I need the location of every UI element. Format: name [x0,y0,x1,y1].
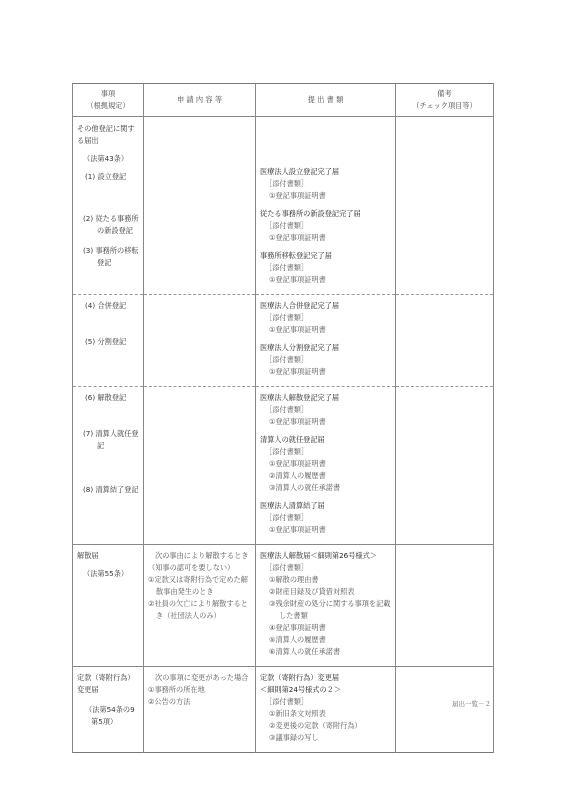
content-line: ②社員の欠亡により解散するとき（社団法人のみ） [148,598,251,622]
table-row: その他登記に関する届出 （法第43条） (1) 設立登記 (2) 従たる事務所の… [73,117,494,295]
section-title: 定款（寄附行為）変更届 [77,672,139,696]
attachment: ④登記事項証明書 [260,622,391,634]
content-line: ①事務所の所在地 [148,684,251,696]
attachment: ①登記事項証明書 [260,366,391,378]
doc-title: 従たる事務所の新設登記完了届 [260,208,391,220]
attachment: ①解散の理由書 [260,574,391,586]
content-cell [144,295,256,387]
attach-label: ［添付書類］ [260,262,391,274]
remarks-cell [396,545,494,667]
attach-label: ［添付書類］ [260,220,391,232]
attach-label: ［添付書類］ [260,512,391,524]
content-line: ①定款又は寄附行為で定めた解散事由発生のとき [148,574,251,598]
attachment: ②清算人の履歴書 [260,470,391,482]
doc-title: 定款（寄附行為）変更届 [260,672,391,684]
attachment: ⑥清算人の就任承諾書 [260,646,391,658]
doc-title: 事務所移転登記完了届 [260,250,391,262]
table-header-row: 事項 （根拠規定） 申 請 内 容 等 提 出 書 類 備考 （チェック項目等） [73,84,494,117]
item-cell: その他登記に関する届出 （法第43条） (1) 設立登記 (2) 従たる事務所の… [73,117,144,295]
attachment: ①登記事項証明書 [260,190,391,202]
item-cell: (4) 合併登記 (5) 分割登記 [73,295,144,387]
section-law: （法第54条の9第5項） [77,704,139,728]
doc-subtitle: ＜細則第24号様式の２＞ [260,684,391,696]
header-content: 申 請 内 容 等 [144,84,256,117]
attach-label: ［添付書類］ [260,446,391,458]
attach-label: ［添付書類］ [260,178,391,190]
doc-title: 医療法人清算結了届 [260,500,391,512]
table-row: 定款（寄附行為）変更届 （法第54条の9第5項） 次の事項に変更があった場合 ①… [73,667,494,753]
documents-cell: 医療法人合併登記完了届 ［添付書類］ ①登記事項証明書 医療法人分割登記完了届 … [256,295,396,387]
remarks-cell [396,295,494,387]
attachment: ③清算人の就任承諾書 [260,482,391,494]
document-page: 事項 （根拠規定） 申 請 内 容 等 提 出 書 類 備考 （チェック項目等）… [0,0,566,800]
section-law: （法第43条） [77,153,139,165]
item-label: (8) 清算結了登記 [77,484,139,496]
content-line: ②公告の方法 [148,696,251,708]
remarks-cell [396,387,494,545]
documents-cell: 定款（寄附行為）変更届 ＜細則第24号様式の２＞ ［添付書類］ ①新旧条文対照表… [256,667,396,753]
content-cell [144,387,256,545]
attachment: ⑤清算人の履歴書 [260,634,391,646]
doc-title: 医療法人設立登記完了届 [260,166,391,178]
attachment: ①登記事項証明書 [260,458,391,470]
header-documents-label: 提 出 書 類 [308,95,344,104]
item-label: (2) 従たる事務所の新設登記 [77,213,139,237]
item-label: (7) 清算人就任登記 [77,428,139,452]
header-remarks-char2: 考 [445,89,452,98]
attachment: ①登記事項証明書 [260,324,391,336]
attachment: ①登記事項証明書 [260,274,391,286]
attachment: ③議事録の写し [260,732,391,744]
doc-title: 医療法人合併登記完了届 [260,300,391,312]
item-cell: (6) 解散登記 (7) 清算人就任登記 (8) 清算結了登記 [73,387,144,545]
content-line: 次の事項に変更があった場合 [148,672,251,684]
table-row: (6) 解散登記 (7) 清算人就任登記 (8) 清算結了登記 医療法人解散登記… [73,387,494,545]
item-label: (4) 合併登記 [77,300,139,312]
item-label: (1) 設立登記 [77,171,139,183]
item-cell: 定款（寄附行為）変更届 （法第54条の9第5項） [73,667,144,753]
doc-title: 清算人の就任登記届 [260,434,391,446]
item-label: (3) 事務所の移転登記 [77,245,139,269]
documents-cell: 医療法人解散届＜細則第26号様式＞ ［添付書類］ ①解散の理由書 ②財産目録及び… [256,545,396,667]
section-law: （法第55条） [77,568,139,580]
remarks-cell [396,667,494,753]
doc-title: 医療法人解散届＜細則第26号様式＞ [260,550,391,562]
content-cell [144,117,256,295]
documents-cell: 医療法人設立登記完了届 ［添付書類］ ①登記事項証明書 従たる事務所の新設登記完… [256,117,396,295]
header-documents: 提 出 書 類 [256,84,396,117]
attachment: ①登記事項証明書 [260,524,391,536]
attachment: ①登記事項証明書 [260,416,391,428]
doc-title: 医療法人解散登記完了届 [260,392,391,404]
notification-table: 事項 （根拠規定） 申 請 内 容 等 提 出 書 類 備考 （チェック項目等）… [72,83,494,753]
header-remarks-char1: 備 [437,89,444,98]
section-title: 解散届 [77,550,139,562]
attachment: ①登記事項証明書 [260,232,391,244]
item-cell: 解散届 （法第55条） [73,545,144,667]
doc-title: 医療法人分割登記完了届 [260,342,391,354]
header-item-char1: 事 [101,89,108,98]
remarks-cell [396,117,494,295]
attach-label: ［添付書類］ [260,354,391,366]
documents-cell: 医療法人解散登記完了届 ［添付書類］ ①登記事項証明書 清算人の就任登記届 ［添… [256,387,396,545]
item-label: (6) 解散登記 [77,392,139,404]
table-row: 解散届 （法第55条） 次の事由により解散するとき（知事の認可を要しない） ①定… [73,545,494,667]
table-row: (4) 合併登記 (5) 分割登記 医療法人合併登記完了届 ［添付書類］ ①登記… [73,295,494,387]
item-label: (5) 分割登記 [77,336,139,348]
section-title: その他登記に関する届出 [77,120,139,147]
content-cell: 次の事由により解散するとき（知事の認可を要しない） ①定款又は寄附行為で定めた解… [144,545,256,667]
header-item: 事項 （根拠規定） [73,84,144,117]
header-remarks-sub: （チェック項目等） [396,100,493,112]
attach-label: ［添付書類］ [260,404,391,416]
attachment: ①新旧条文対照表 [260,708,391,720]
attach-label: ［添付書類］ [260,696,391,708]
attachment: ②変更後の定款（寄附行為） [260,720,391,732]
content-cell: 次の事項に変更があった場合 ①事務所の所在地 ②公告の方法 [144,667,256,753]
attach-label: ［添付書類］ [260,312,391,324]
attachment: ②財産目録及び貸借対照表 [260,586,391,598]
attach-label: ［添付書類］ [260,562,391,574]
header-item-basis: （根拠規定） [73,100,143,112]
page-label: 届出一覧－２ [452,699,491,708]
header-remarks: 備考 （チェック項目等） [396,84,494,117]
header-content-label: 申 請 内 容 等 [177,95,222,104]
attachment: ③残余財産の処分に関する事項を記載した書類 [260,598,391,622]
header-item-char2: 項 [108,89,115,98]
content-line: 次の事由により解散するとき（知事の認可を要しない） [148,550,251,574]
